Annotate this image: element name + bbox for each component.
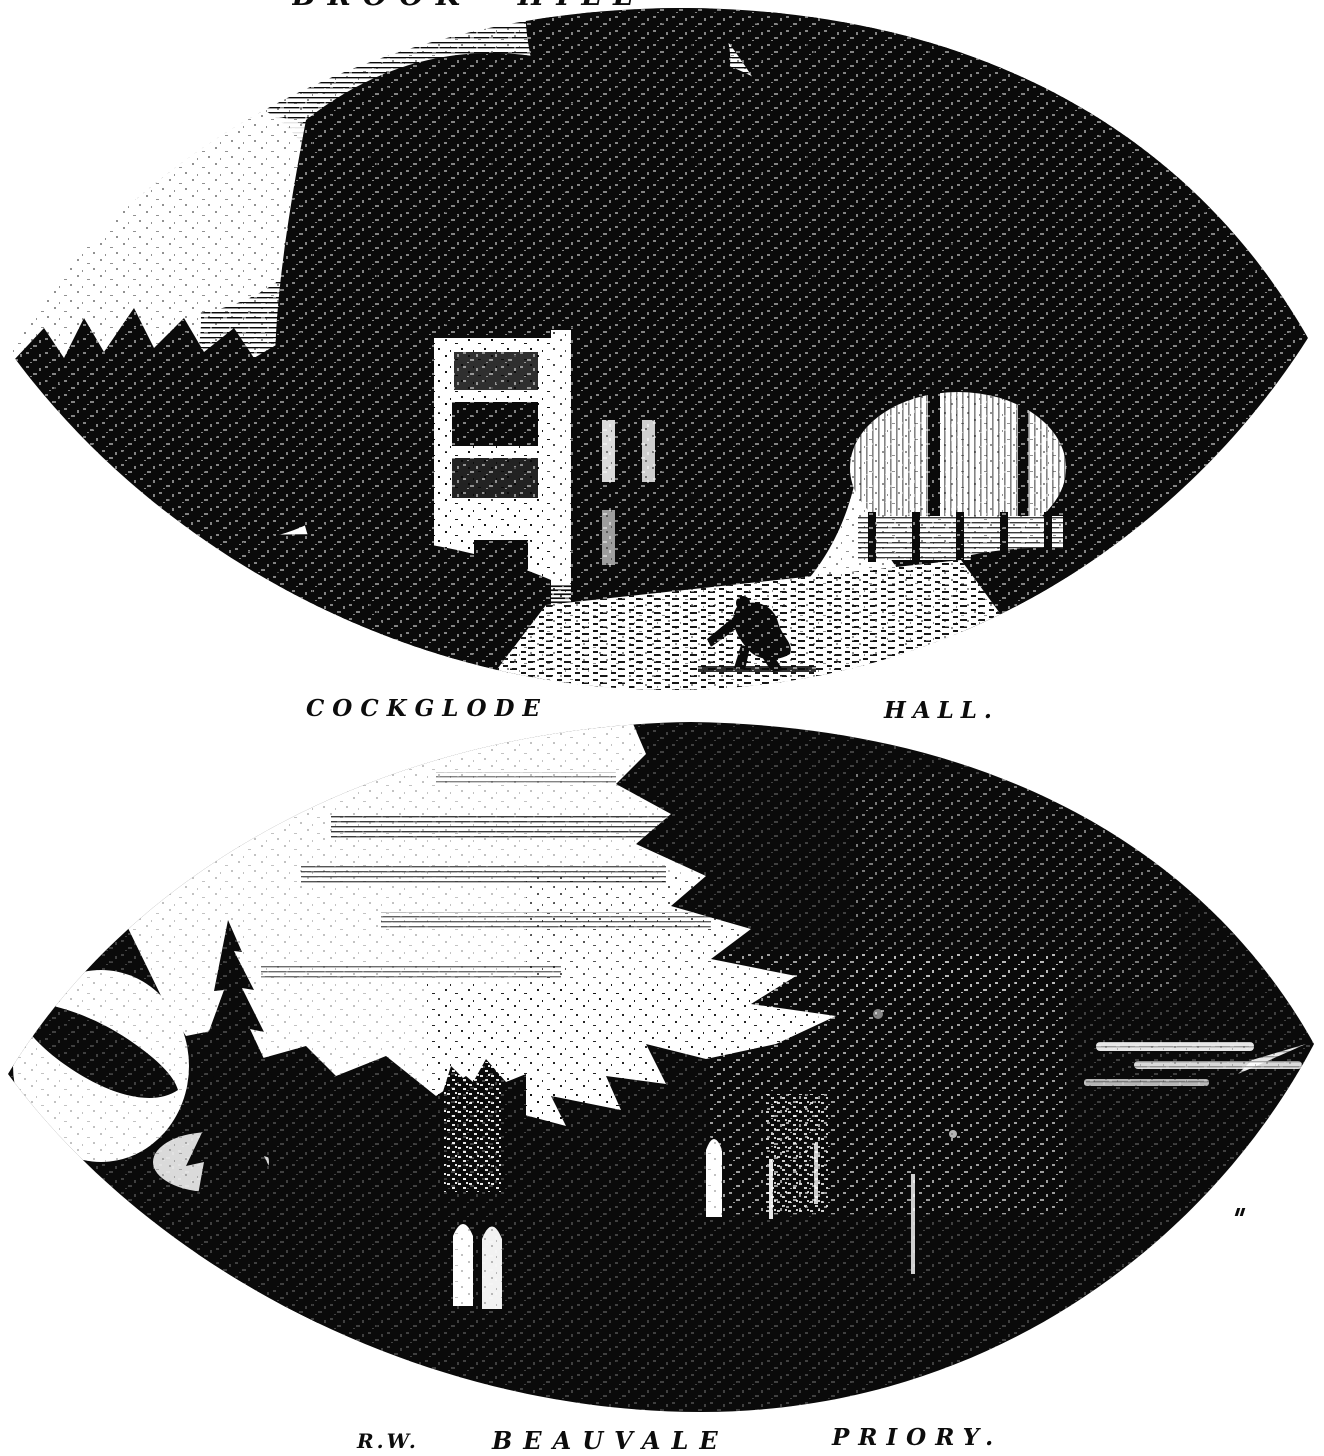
scanned-book-page: BROOK HILL: [0, 0, 1324, 1456]
ink-speck: [1236, 1201, 1246, 1220]
cockglode-hall-engraving: [6, 0, 1310, 698]
engraver-credit: R.W.: [357, 1429, 419, 1453]
plate-caption-beauvale: BEAUVALE: [492, 1426, 729, 1455]
plate-caption-priory: PRIORY.: [832, 1424, 1002, 1451]
beauvale-priory-engraving: [6, 714, 1318, 1416]
